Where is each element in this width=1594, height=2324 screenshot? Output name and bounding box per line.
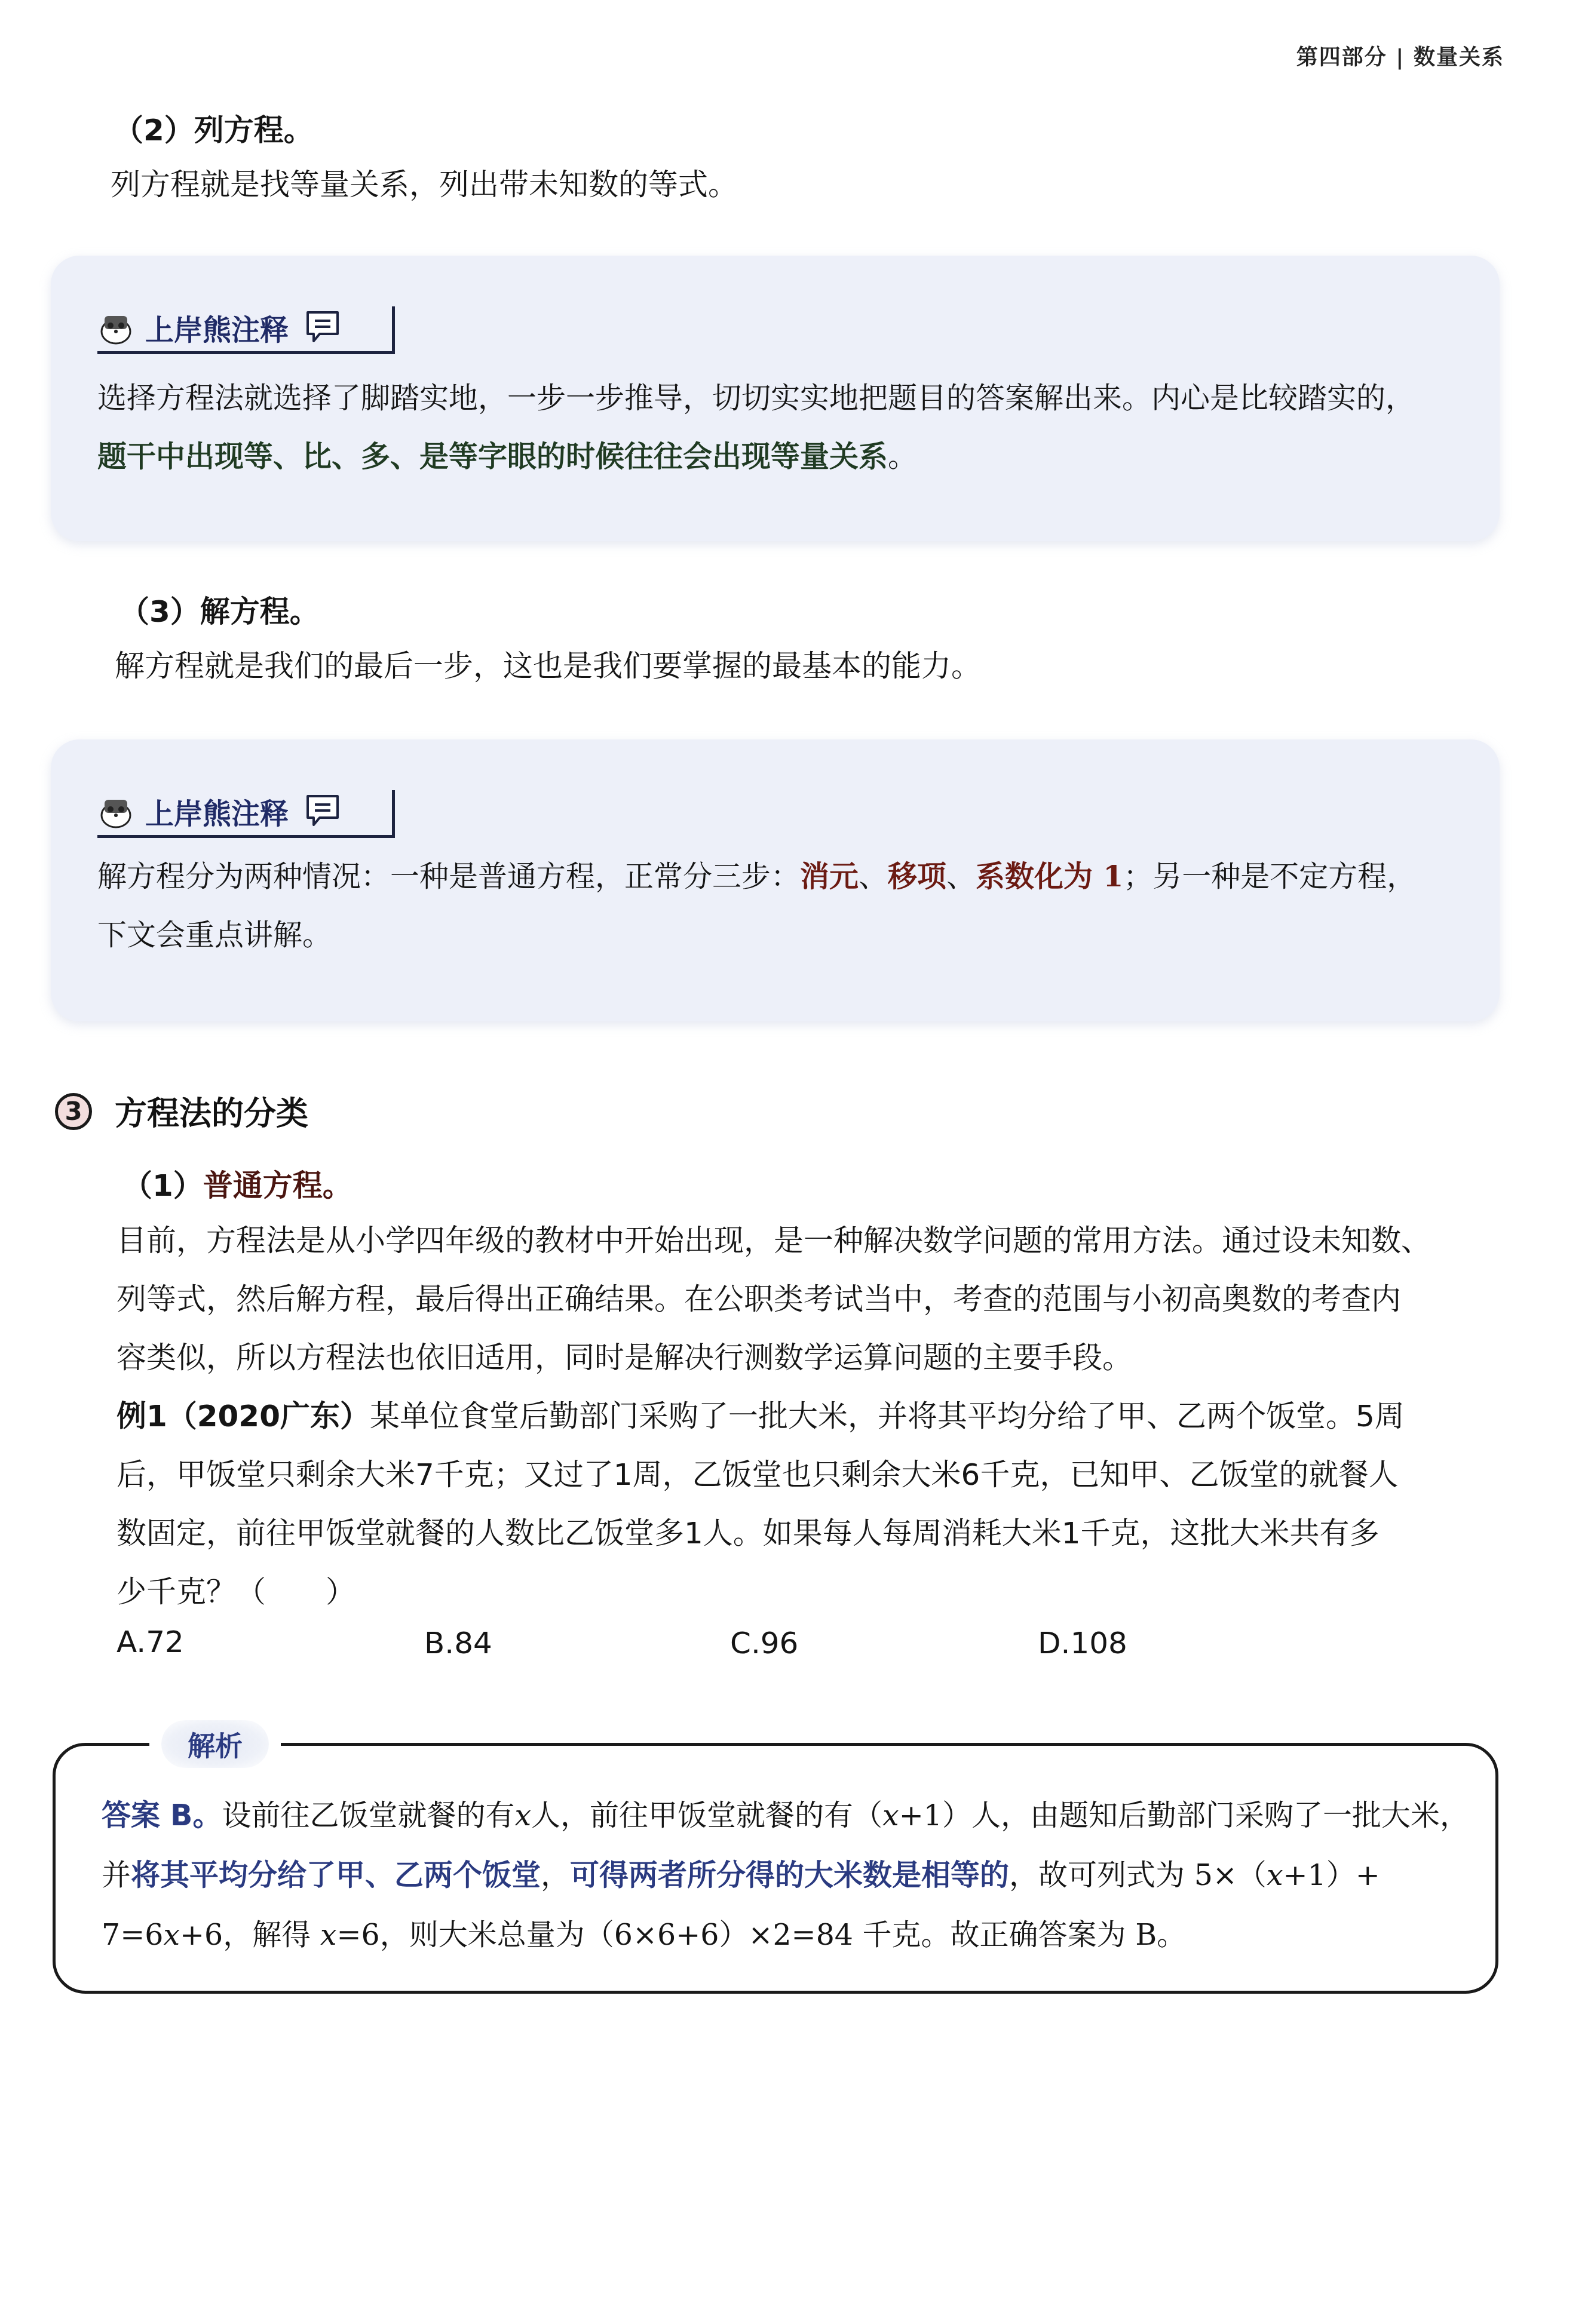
note-card-1: 上岸熊注释 选择方程法就选择了脚踏实地，一步一步推导，切切实实地把题目的答案解出… bbox=[51, 256, 1500, 541]
note-title: 上岸熊注释 bbox=[145, 791, 289, 832]
solution-highlight: 将其平均分给了甲、乙两个饭堂 bbox=[131, 1858, 541, 1892]
section-body-solve-equation: 解方程就是我们的最后一步，这也是我们要掌握的最基本的能力。 bbox=[115, 637, 981, 695]
note-header-bracket bbox=[392, 306, 395, 354]
sub-heading-number: （1） bbox=[122, 1168, 203, 1203]
topic-heading: 3 方程法的分类 bbox=[55, 1088, 308, 1134]
note-body: 选择方程法就选择了脚踏实地，一步一步推导，切切实实地把题目的答案解出来。内心是比… bbox=[97, 369, 1415, 486]
circled-number-icon: 3 bbox=[55, 1093, 92, 1130]
solution-text: +1）人，由题知后勤部门采购了一批大米， bbox=[899, 1798, 1469, 1832]
example-label: 例1（2020广东） bbox=[117, 1399, 370, 1433]
note-line: 下文会重点讲解。 bbox=[97, 906, 1416, 965]
solution-line: 答案 B。设前往乙饭堂就餐的有x人，前往甲饭堂就餐的有（x+1）人，由题知后勤部… bbox=[102, 1786, 1476, 1846]
para-line: 容类似，所以方程法也依旧适用，同时是解决行测数学运算问题的主要手段。 bbox=[117, 1328, 1431, 1387]
question-line: 数固定，前往甲饭堂就餐的人数比乙饭堂多1人。如果每人每周消耗大米1千克，这批大米… bbox=[117, 1504, 1405, 1562]
note-line: 解方程分为两种情况：一种是普通方程，正常分三步：消元、移项、系数化为 1；另一种… bbox=[97, 847, 1416, 906]
solution-text: ，故可列式为 5×（ bbox=[1009, 1858, 1267, 1892]
question-line: 后，甲饭堂只剩余大米7千克；又过了1周，乙饭堂也只剩余大米6千克，已知甲、乙饭堂… bbox=[117, 1445, 1405, 1504]
note-title: 上岸熊注释 bbox=[145, 307, 289, 348]
note-header: 上岸熊注释 bbox=[97, 784, 395, 838]
note-header-underline bbox=[97, 835, 395, 838]
variable-x: x bbox=[320, 1918, 337, 1952]
para-line: 目前，方程法是从小学四年级的教材中开始出现，是一种解决数学问题的常用方法。通过设… bbox=[117, 1211, 1431, 1270]
note-highlight: 题干中出现等、比、多、是等字眼的时候往往会出现等量关系 bbox=[97, 440, 888, 474]
section-body-list-equation: 列方程就是找等量关系，列出带未知数的等式。 bbox=[111, 155, 738, 214]
solution-body: 答案 B。设前往乙饭堂就餐的有x人，前往甲饭堂就餐的有（x+1）人，由题知后勤部… bbox=[102, 1786, 1476, 1965]
solution-text: +6，解得 bbox=[180, 1918, 320, 1952]
separator: 、 bbox=[946, 859, 976, 894]
sub-heading-ordinary-equation: （1）普通方程。 bbox=[122, 1162, 352, 1205]
section-heading-solve-equation: （3）解方程。 bbox=[119, 588, 320, 631]
solution-text: 设前往乙饭堂就餐的有 bbox=[222, 1798, 514, 1832]
note-header-underline bbox=[97, 351, 395, 354]
solution-line: 并将其平均分给了甲、乙两个饭堂，可得两者所分得的大米数是相等的，故可列式为 5×… bbox=[102, 1846, 1476, 1905]
solution-label: 解析 bbox=[161, 1720, 269, 1768]
variable-x: x bbox=[514, 1798, 531, 1832]
note-body: 解方程分为两种情况：一种是普通方程，正常分三步：消元、移项、系数化为 1；另一种… bbox=[97, 847, 1416, 965]
solution-highlight: 可得两者所分得的大米数是相等的 bbox=[570, 1858, 1009, 1892]
para-line: 列等式，然后解方程，最后得出正确结果。在公职类考试当中，考查的范围与小初高奥数的… bbox=[117, 1270, 1431, 1328]
bear-mascot-icon bbox=[97, 793, 134, 830]
note-header: 上岸熊注释 bbox=[97, 300, 395, 354]
solution-text: 人，前往甲饭堂就餐的有（ bbox=[531, 1798, 882, 1832]
note-line: 选择方程法就选择了脚踏实地，一步一步推导，切切实实地把题目的答案解出来。内心是比… bbox=[97, 369, 1415, 428]
question-line: 例1（2020广东）某单位食堂后勤部门采购了一批大米，并将其平均分给了甲、乙两个… bbox=[117, 1387, 1405, 1445]
solution-text: 7=6 bbox=[102, 1918, 163, 1952]
step-transpose: 移项 bbox=[888, 859, 946, 894]
solution-text: =6，则大米总量为（6×6+6）×2=84 千克。故正确答案为 B。 bbox=[337, 1918, 1187, 1952]
option-d[interactable]: D.108 bbox=[1038, 1626, 1127, 1660]
sub-heading-text: 普通方程。 bbox=[203, 1168, 352, 1203]
solution-text: +1）+ bbox=[1283, 1858, 1380, 1892]
note-text: 。 bbox=[888, 440, 917, 474]
bear-mascot-icon bbox=[97, 309, 134, 346]
answer-label: 答案 B。 bbox=[102, 1798, 222, 1832]
variable-x: x bbox=[1267, 1858, 1283, 1892]
solution-text: 并 bbox=[102, 1858, 131, 1892]
option-a[interactable]: A.72 bbox=[117, 1625, 184, 1659]
solution-line: 7=6x+6，解得 x=6，则大米总量为（6×6+6）×2=84 千克。故正确答… bbox=[102, 1905, 1476, 1965]
solution-text: ， bbox=[541, 1858, 570, 1892]
separator: 、 bbox=[859, 859, 888, 894]
step-eliminate: 消元 bbox=[800, 859, 859, 894]
question-text: 某单位食堂后勤部门采购了一批大米，并将其平均分给了甲、乙两个饭堂。5周 bbox=[370, 1399, 1405, 1433]
example-question: 例1（2020广东）某单位食堂后勤部门采购了一批大米，并将其平均分给了甲、乙两个… bbox=[117, 1387, 1405, 1621]
running-head: 第四部分 | 数量关系 bbox=[1296, 41, 1504, 71]
note-card-2: 上岸熊注释 解方程分为两种情况：一种是普通方程，正常分三步：消元、移项、系数化为… bbox=[51, 739, 1500, 1021]
variable-x: x bbox=[882, 1798, 899, 1832]
topic-paragraph: 目前，方程法是从小学四年级的教材中开始出现，是一种解决数学问题的常用方法。通过设… bbox=[117, 1211, 1431, 1387]
variable-x: x bbox=[163, 1918, 180, 1952]
note-text: 解方程分为两种情况：一种是普通方程，正常分三步： bbox=[97, 859, 800, 894]
option-b[interactable]: B.84 bbox=[424, 1626, 492, 1660]
section-heading-list-equation: （2）列方程。 bbox=[114, 106, 314, 149]
topic-title: 方程法的分类 bbox=[115, 1088, 308, 1134]
chat-bubble-icon bbox=[304, 793, 341, 830]
note-text: ；另一种是不定方程， bbox=[1123, 859, 1416, 894]
chat-bubble-icon bbox=[304, 309, 341, 346]
step-normalize: 系数化为 1 bbox=[976, 859, 1123, 894]
option-c[interactable]: C.96 bbox=[730, 1626, 798, 1660]
question-line: 少千克？（ ） bbox=[117, 1562, 1405, 1621]
note-header-bracket bbox=[392, 790, 395, 838]
note-line: 题干中出现等、比、多、是等字眼的时候往往会出现等量关系。 bbox=[97, 428, 1415, 486]
